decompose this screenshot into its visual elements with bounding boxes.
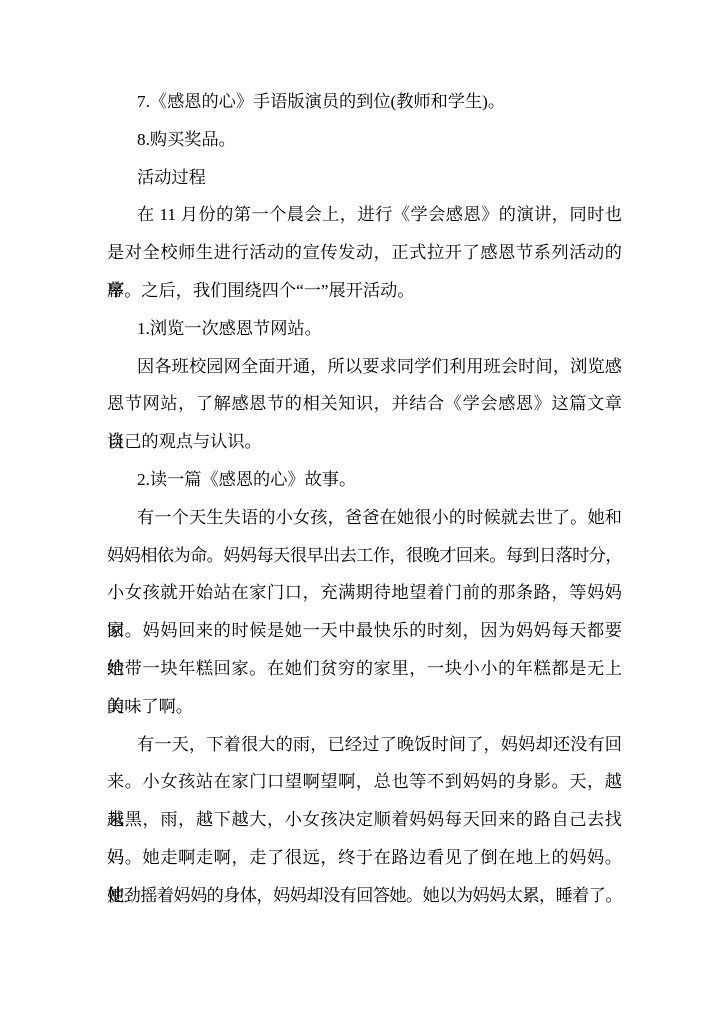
text-line: 在 11 月份的第一个晨会上，进行《学会感恩》的演讲，同时也 [107, 196, 622, 234]
text-line: 家。妈妈回来的时候是她一天中最快乐的时刻，因为妈妈每天都要给 [107, 612, 622, 650]
text-line: 有一个天生失语的小女孩，爸爸在她很小的时候就去世了。她和 [107, 499, 622, 537]
text-line: 有一天，下着很大的雨，已经过了晚饭时间了，妈妈却还没有回 [107, 726, 622, 764]
text-line: 来。小女孩站在家门口望啊望啊，总也等不到妈妈的身影。天，越来 [107, 763, 622, 801]
text-line: 美味了啊。 [107, 688, 622, 726]
text-line: 她带一块年糕回家。在她们贫穷的家里，一块小小的年糕都是无上的 [107, 650, 622, 688]
text-line: 幕。之后，我们围绕四个“一”展开活动。 [107, 272, 622, 310]
text-line: 7.《感恩的心》手语版演员的到位(教师和学生)。 [107, 83, 622, 121]
text-line: 使劲摇着妈妈的身体，妈妈却没有回答她。她以为妈妈太累，睡着了。 [107, 877, 622, 915]
text-line: 2.读一篇《感恩的心》故事。 [107, 461, 622, 499]
text-line: 小女孩就开始站在家门口，充满期待地望着门前的那条路，等妈妈回 [107, 574, 622, 612]
text-line: 活动过程 [107, 159, 622, 197]
text-line: 妈。她走啊走啊，走了很远，终于在路边看见了倒在地上的妈妈。她 [107, 839, 622, 877]
text-line: 恩节网站，了解感恩节的相关知识，并结合《学会感恩》这篇文章谈 [107, 385, 622, 423]
text-line: 越黑，雨，越下越大，小女孩决定顺着妈妈每天回来的路自己去找妈 [107, 801, 622, 839]
text-line: 是对全校师生进行活动的宣传发动，正式拉开了感恩节系列活动的序 [107, 234, 622, 272]
text-line: 8.购买奖品。 [107, 121, 622, 159]
document-text-block: 7.《感恩的心》手语版演员的到位(教师和学生)。8.购买奖品。活动过程在 11 … [0, 0, 721, 915]
text-line: 1.浏览一次感恩节网站。 [107, 310, 622, 348]
text-line: 妈妈相依为命。妈妈每天很早出去工作，很晚才回来。每到日落时分， [107, 537, 622, 575]
text-line: 自己的观点与认识。 [107, 423, 622, 461]
document-page: 7.《感恩的心》手语版演员的到位(教师和学生)。8.购买奖品。活动过程在 11 … [0, 0, 721, 1020]
text-line: 因各班校园网全面开通，所以要求同学们利用班会时间，浏览感 [107, 348, 622, 386]
